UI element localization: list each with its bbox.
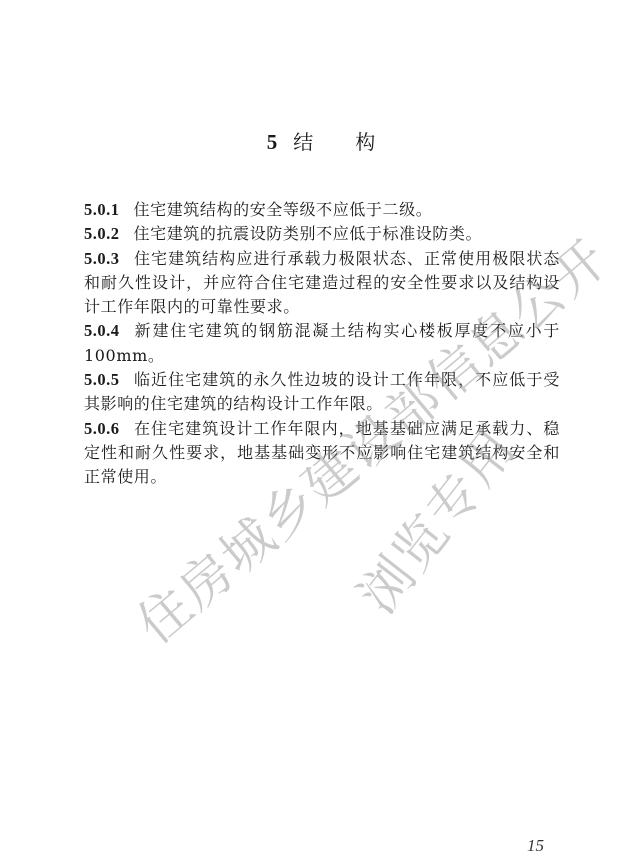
clause-5-0-3: 5.0.3住宅建筑结构应进行承载力极限状态、正常使用极限状态和耐久性设计，并应符… (84, 247, 560, 320)
clause-5-0-4: 5.0.4新建住宅建筑的钢筋混凝土结构实心楼板厚度不应小于100mm。 (84, 319, 560, 368)
chapter-title-char-1: 结 (293, 130, 313, 154)
clause-text: 住宅建筑结构的安全等级不应低于二级。 (134, 200, 433, 219)
clause-5-0-2: 5.0.2住宅建筑的抗震设防类别不应低于标准设防类。 (84, 222, 560, 246)
clause-text: 临近住宅建筑的永久性边坡的设计工作年限，不应低于受其影响的住宅建筑的结构设计工作… (84, 370, 560, 413)
clause-number: 5.0.6 (84, 419, 120, 438)
clause-number: 5.0.4 (84, 321, 120, 340)
clause-5-0-6: 5.0.6在住宅建筑设计工作年限内，地基基础应满足承载力、稳定性和耐久性要求，地… (84, 417, 560, 490)
chapter-title: 5结构 (0, 128, 642, 156)
clause-number: 5.0.3 (84, 249, 120, 268)
document-page: 5结构 5.0.1住宅建筑结构的安全等级不应低于二级。 5.0.2住宅建筑的抗震… (0, 0, 642, 867)
clause-5-0-1: 5.0.1住宅建筑结构的安全等级不应低于二级。 (84, 198, 560, 222)
clause-5-0-5: 5.0.5临近住宅建筑的永久性边坡的设计工作年限，不应低于受其影响的住宅建筑的结… (84, 368, 560, 417)
clause-text: 住宅建筑的抗震设防类别不应低于标准设防类。 (134, 224, 483, 243)
clause-text: 新建住宅建筑的钢筋混凝土结构实心楼板厚度不应小于100mm。 (84, 321, 560, 364)
page-number: 15 (527, 836, 544, 856)
clause-text: 在住宅建筑设计工作年限内，地基基础应满足承载力、稳定性和耐久性要求，地基基础变形… (84, 419, 560, 487)
clause-text: 住宅建筑结构应进行承载力极限状态、正常使用极限状态和耐久性设计，并应符合住宅建造… (84, 249, 560, 317)
clause-number: 5.0.1 (84, 200, 120, 219)
chapter-title-char-2: 构 (355, 130, 375, 154)
clause-number: 5.0.2 (84, 224, 120, 243)
clause-list: 5.0.1住宅建筑结构的安全等级不应低于二级。 5.0.2住宅建筑的抗震设防类别… (84, 198, 560, 490)
chapter-number: 5 (267, 130, 278, 154)
clause-number: 5.0.5 (84, 370, 120, 389)
